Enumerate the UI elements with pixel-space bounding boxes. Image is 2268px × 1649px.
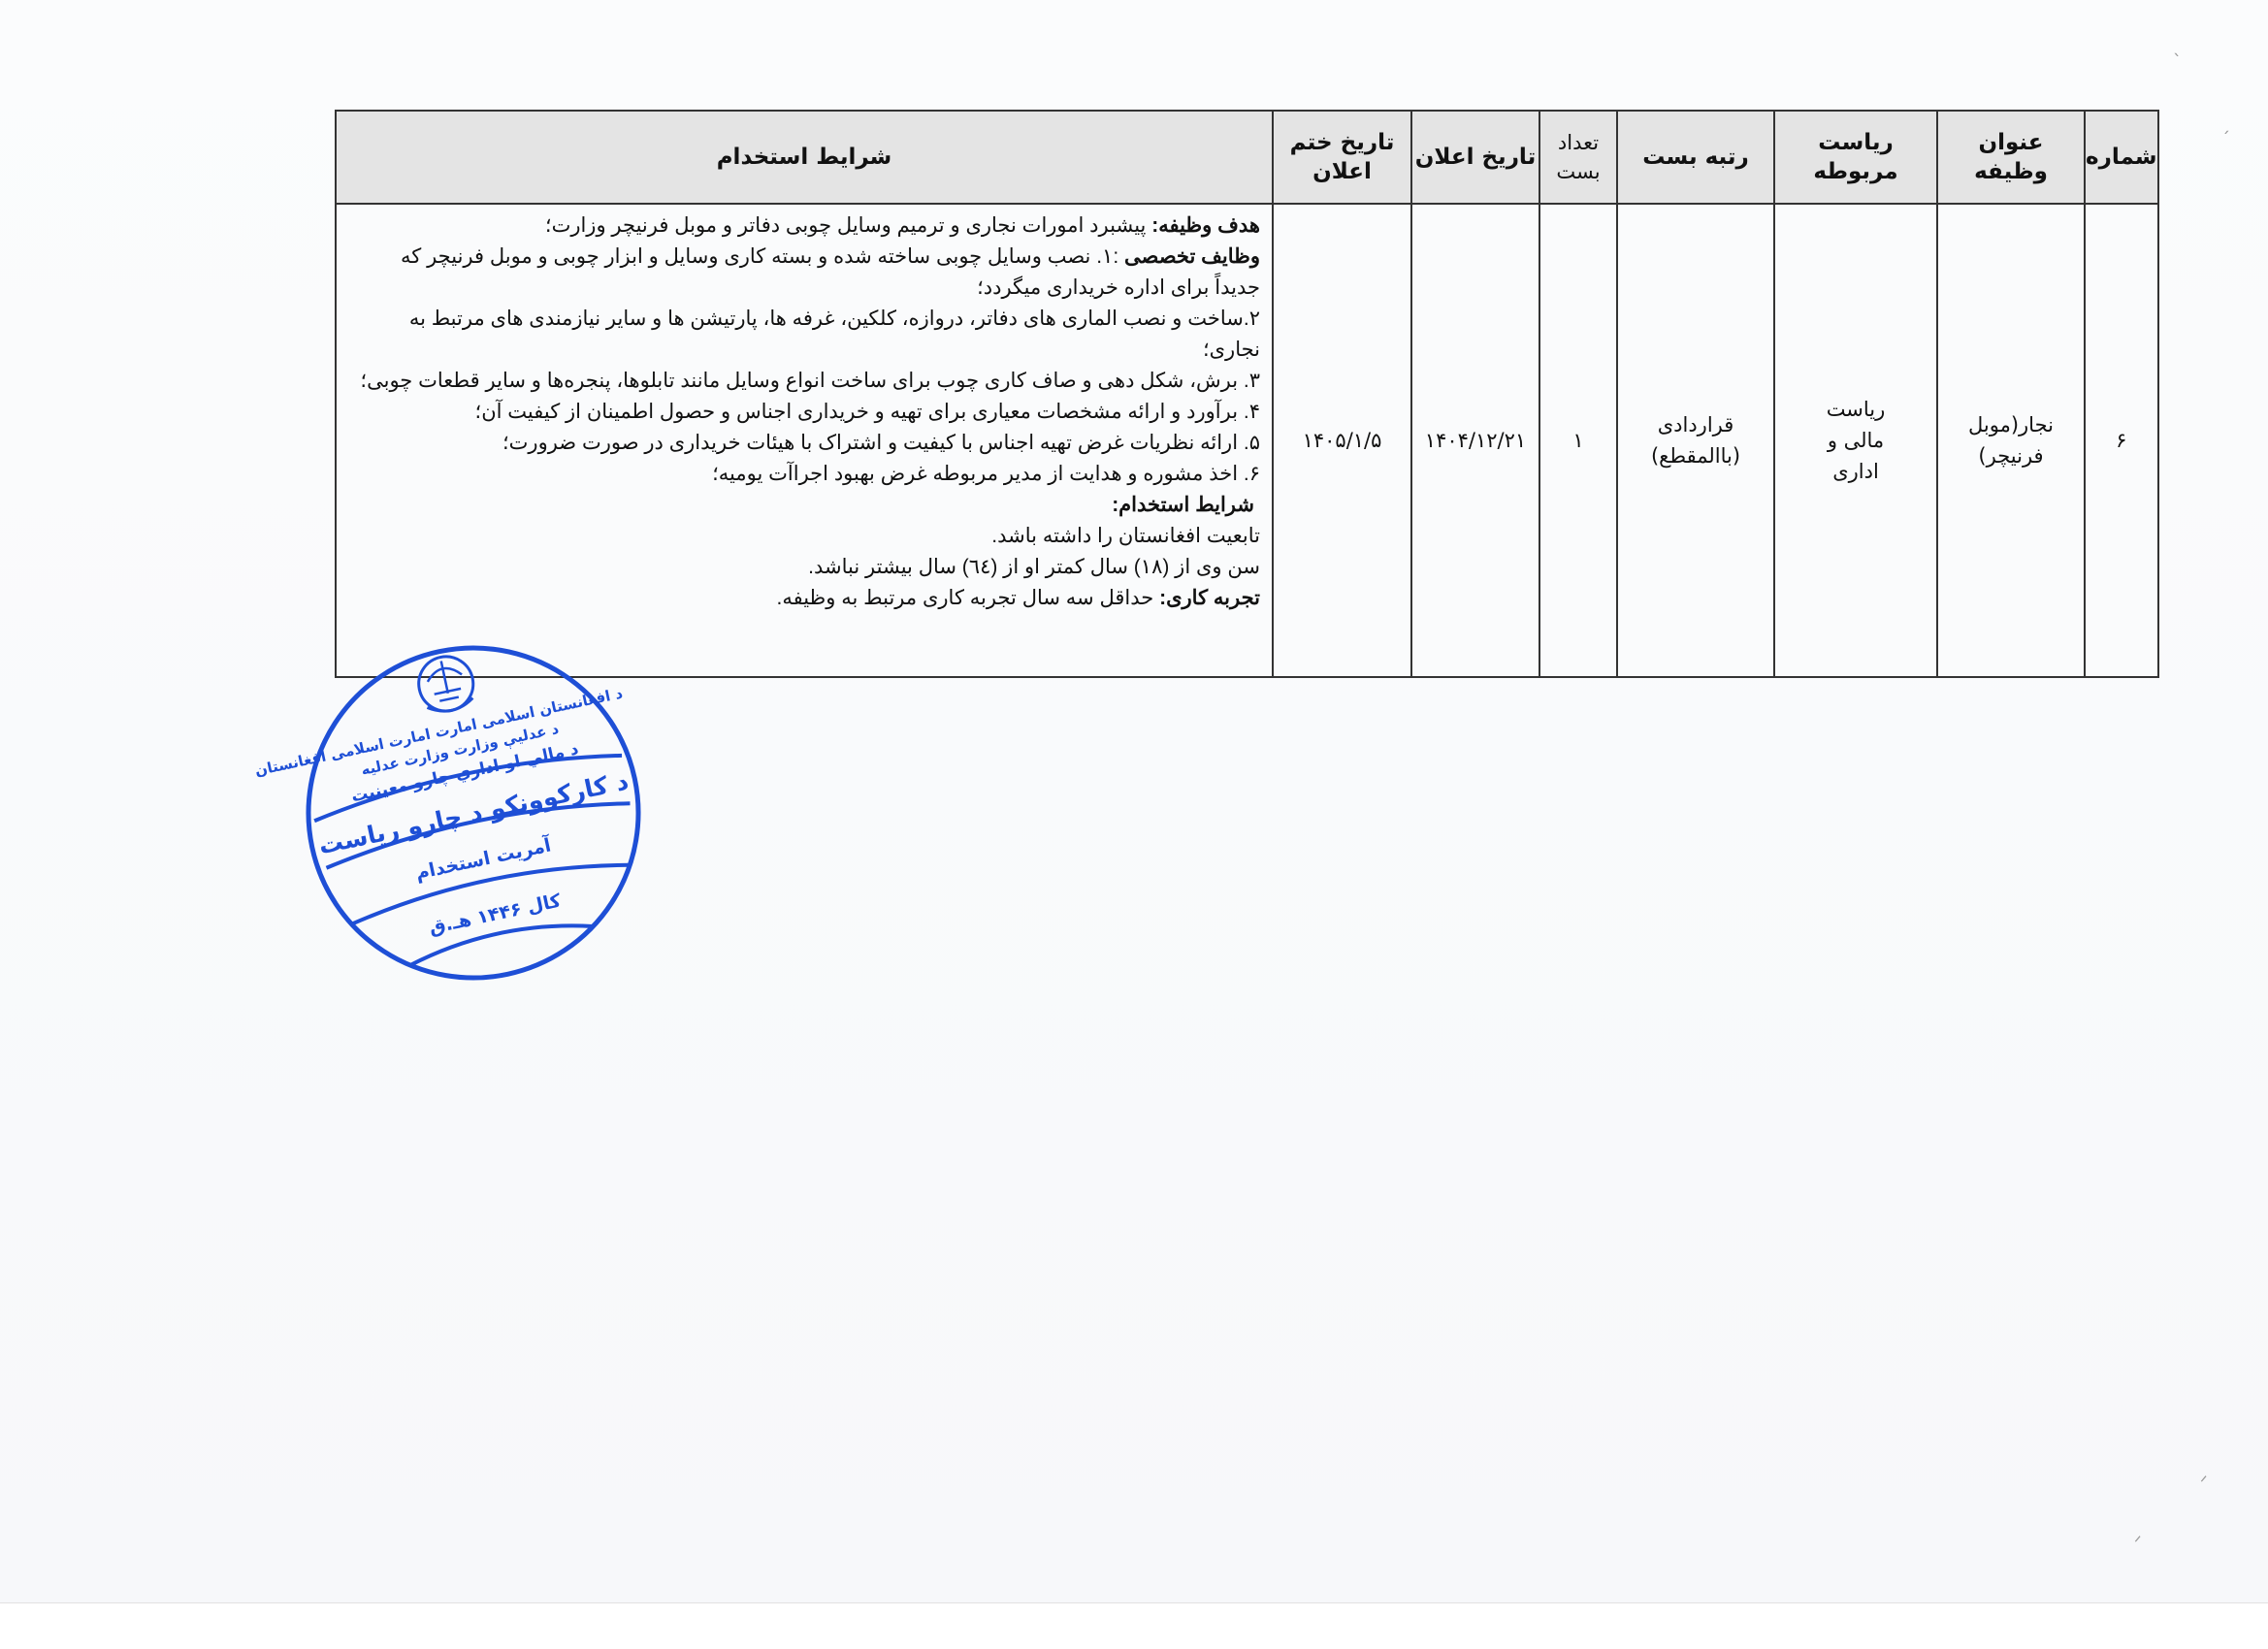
cell-announcement-date: ۱۴۰۴/۱۲/۲۱ xyxy=(1411,204,1539,677)
table-row: ۶ نجار(موبل فرنیچر) ریاست مالی و اداری ق… xyxy=(336,204,2158,677)
header-job-title: عنوان وظیفه xyxy=(1937,111,2085,204)
header-directorate: ریاست مربوطه xyxy=(1774,111,1937,204)
vacancy-table: شماره عنوان وظیفه ریاست مربوطه رتبه بست … xyxy=(335,110,2159,678)
cell-grade: قراردادی (باالمقطع) xyxy=(1617,204,1774,677)
duty-item: ۲.ساخت و نصب الماری های دفاتر، دروازه، ک… xyxy=(352,304,1260,366)
header-count: تعداد بست xyxy=(1539,111,1617,204)
scan-speck: ᐟ xyxy=(2200,1472,2208,1493)
header-grade: رتبه بست xyxy=(1617,111,1774,204)
requirements-heading: شرایط استخدام: xyxy=(352,490,1260,521)
job-purpose-label: هدف وظیفه: xyxy=(1151,214,1260,237)
page-edge xyxy=(0,1602,2268,1649)
scan-speck: ˎ xyxy=(2173,37,2182,57)
duty-item: ۶. اخذ مشوره و هدایت از مدیر مربوطه غرض … xyxy=(352,459,1260,490)
requirement-item: تابعیت افغانستان را داشته باشد. xyxy=(352,521,1260,552)
cell-job-title: نجار(موبل فرنیچر) xyxy=(1937,204,2085,677)
cell-directorate: ریاست مالی و اداری xyxy=(1774,204,1937,677)
experience-label: تجربه کاری: xyxy=(1159,587,1260,609)
duty-item: ۳. برش، شکل دهی و صاف کاری چوب برای ساخت… xyxy=(352,366,1260,397)
experience-text: حداقل سه سال تجربه کاری مرتبط به وظیفه. xyxy=(777,587,1160,609)
duty-item: ۴. برآورد و ارائه مشخصات معیاری برای تهی… xyxy=(352,397,1260,428)
official-stamp: د افغانستان اسلامی امارت امارت اسلامی اف… xyxy=(271,610,675,1015)
cell-conditions: هدف وظیفه: پیشبرد امورات نجاری و ترمیم و… xyxy=(336,204,1273,677)
experience-item: تجربه کاری: حداقل سه سال تجربه کاری مرتب… xyxy=(352,583,1260,614)
duty-item: وظایف تخصصی :۱. نصب وسایل چوبی ساخته شده… xyxy=(352,242,1260,304)
duties-label: وظایف تخصصی xyxy=(1124,245,1260,268)
header-announcement-date: تاریخ اعلان xyxy=(1411,111,1539,204)
header-conditions: شرایط استخدام xyxy=(336,111,1273,204)
header-row: شماره عنوان وظیفه ریاست مربوطه رتبه بست … xyxy=(336,111,2158,204)
emblem-icon xyxy=(414,652,478,716)
requirement-item: سن وی از (۱۸) سال کمتر او از (٦٤) سال بی… xyxy=(352,552,1260,583)
job-purpose-text: پیشبرد امورات نجاری و ترمیم وسایل چوبی د… xyxy=(545,214,1151,237)
header-number: شماره xyxy=(2085,111,2158,204)
scan-speck: ˏ xyxy=(2221,114,2230,135)
cell-closing-date: ۱۴۰۵/۱/۵ xyxy=(1273,204,1411,677)
cell-number: ۶ xyxy=(2085,204,2158,677)
cell-count: ۱ xyxy=(1539,204,1617,677)
duty-item: ۵. ارائه نظریات غرض تهیه اجناس با کیفیت … xyxy=(352,428,1260,459)
job-purpose: هدف وظیفه: پیشبرد امورات نجاری و ترمیم و… xyxy=(352,210,1260,242)
scan-speck: ᐟ xyxy=(2134,1533,2142,1553)
header-closing-date: تاریخ ختم اعلان xyxy=(1273,111,1411,204)
